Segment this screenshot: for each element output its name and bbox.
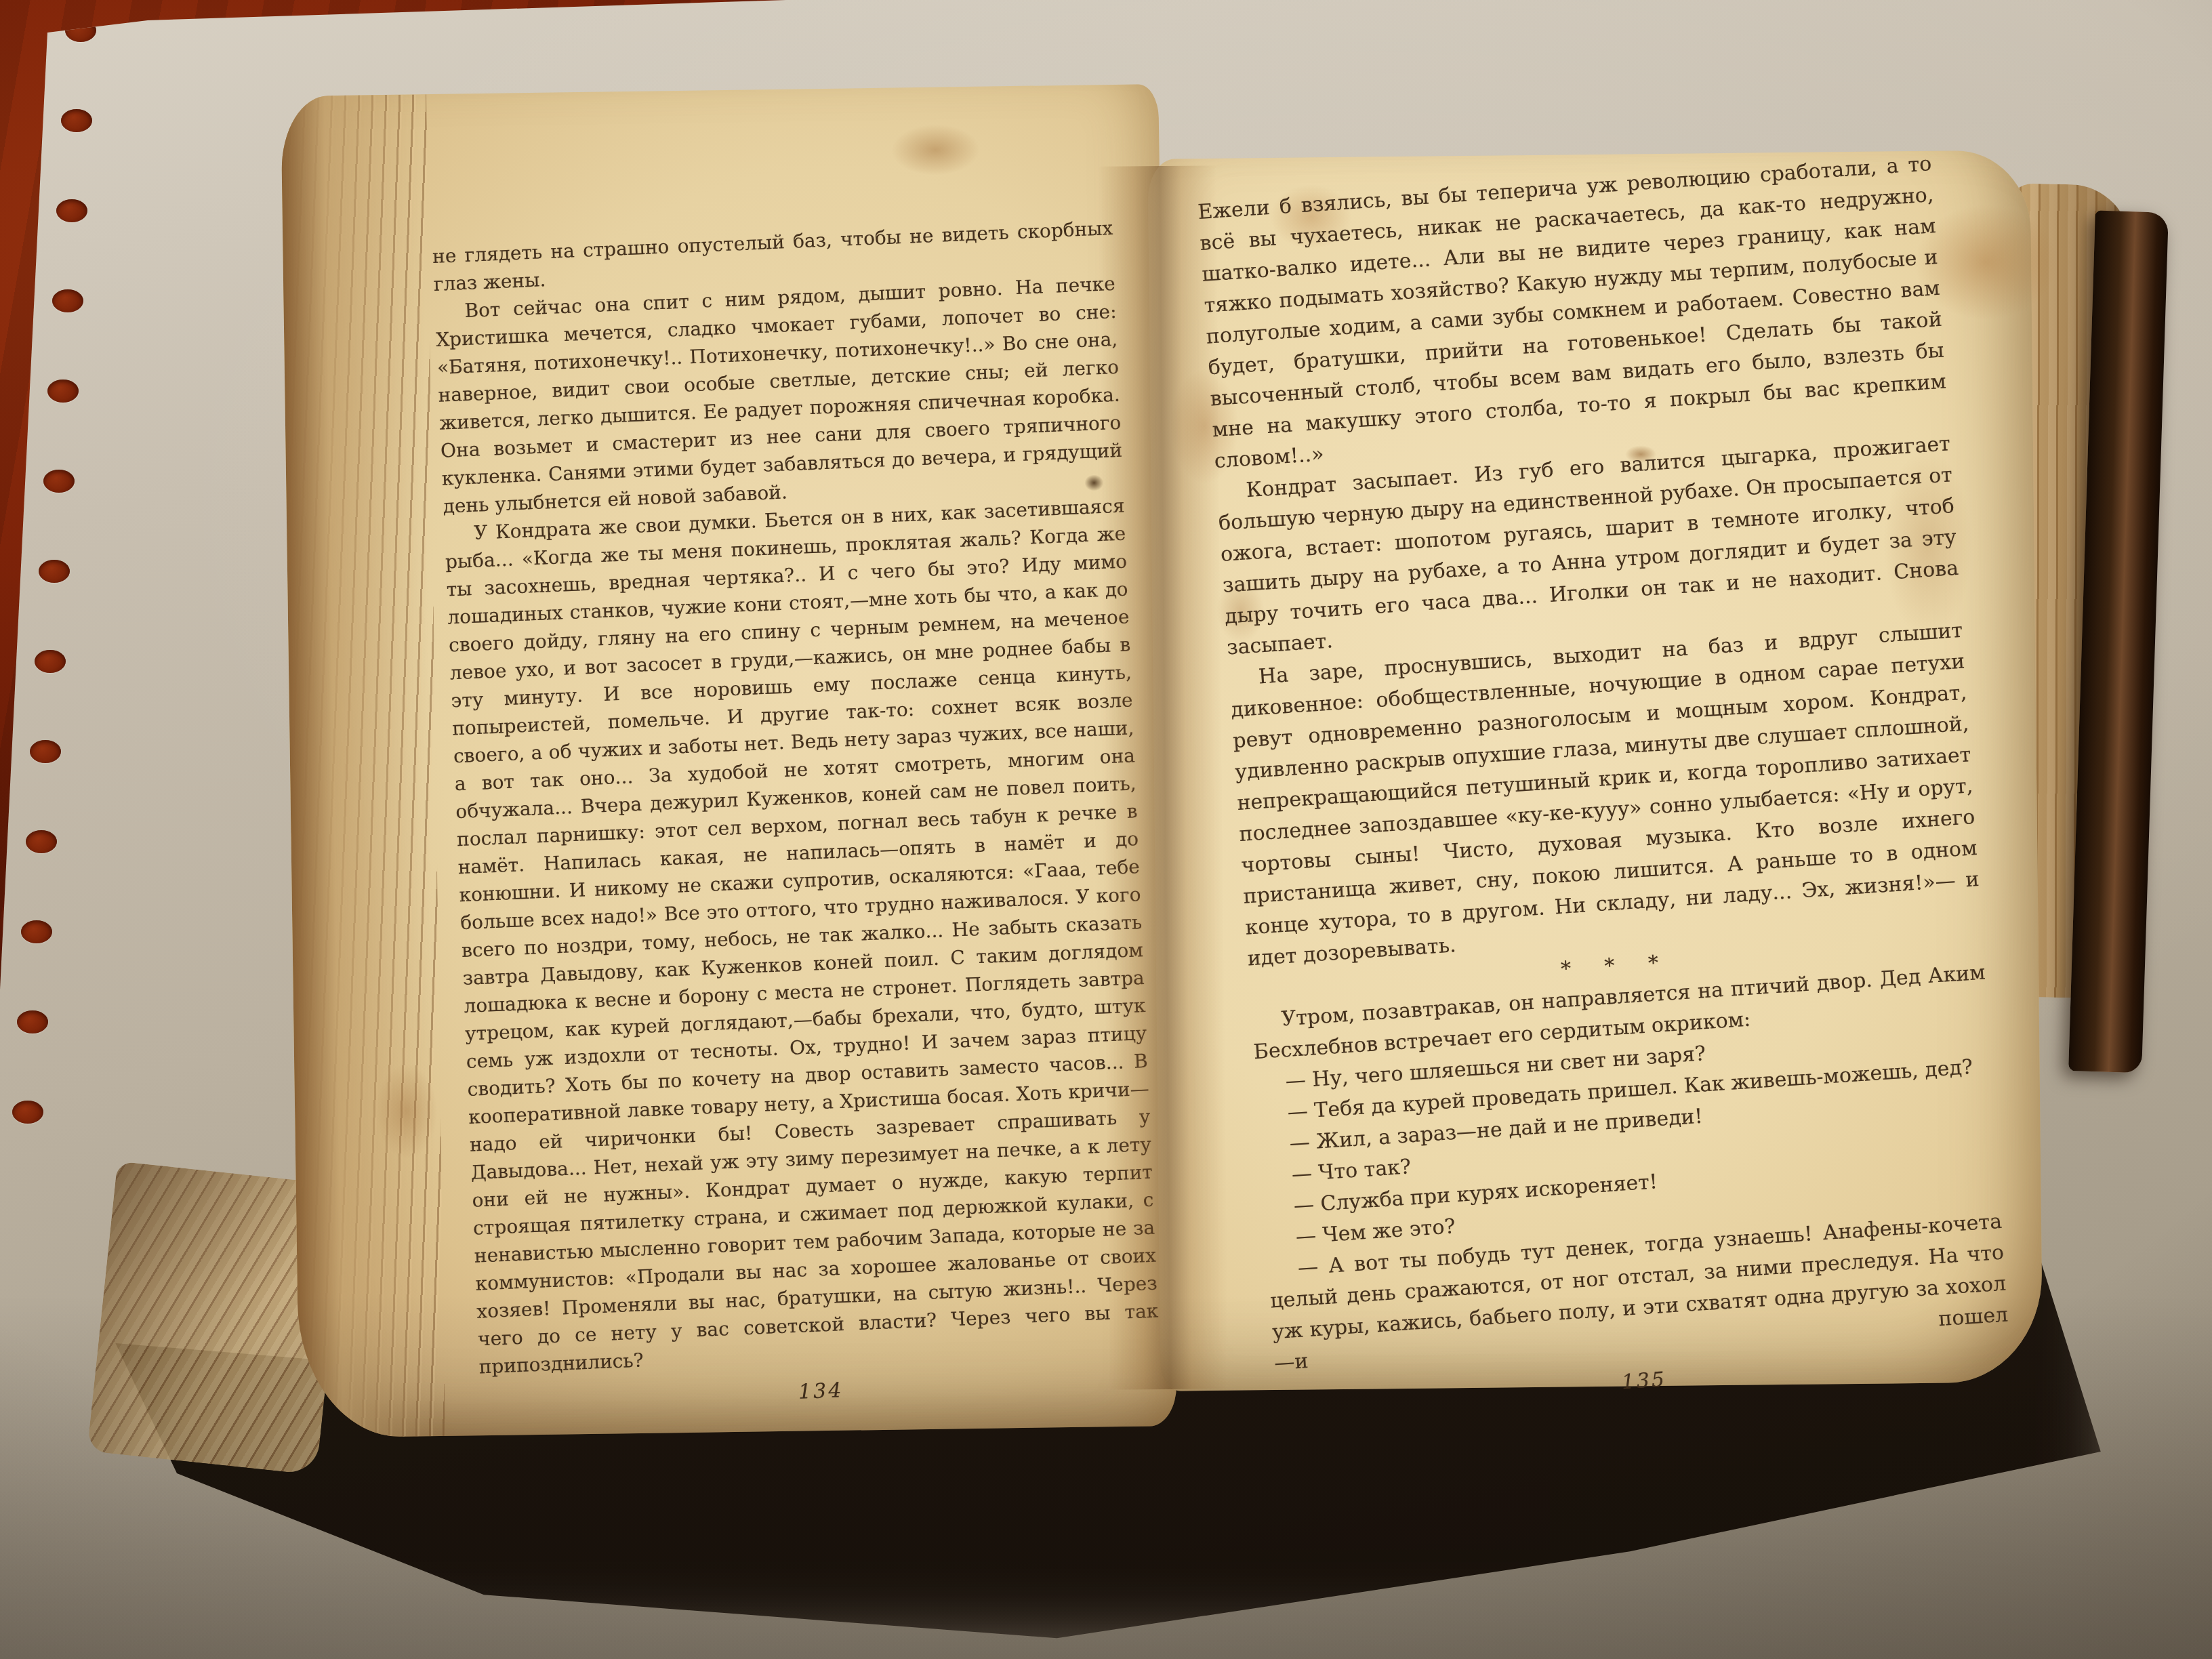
stain	[891, 124, 980, 176]
right-page-text: Ежели б взялись, вы бы теперича уж револ…	[1197, 148, 2012, 1421]
punched-hole	[47, 380, 79, 403]
paragraph: У Кондрата же свои думки. Бьется он в ни…	[443, 492, 1160, 1381]
punched-hole	[52, 289, 83, 312]
page-edges-left	[281, 94, 445, 1438]
left-page-text: не глядеть на страшно опустелый баз, что…	[432, 214, 1162, 1420]
punched-hole	[30, 740, 61, 763]
punched-hole	[12, 1101, 43, 1124]
left-page: не глядеть на страшно опустелый баз, что…	[281, 84, 1177, 1438]
right-page: Ежели б взялись, вы бы теперича уж револ…	[1148, 150, 2043, 1391]
punched-hole	[21, 920, 52, 943]
paragraph: Ежели б взялись, вы бы теперича уж револ…	[1197, 148, 1949, 477]
paragraph: На заре, проснувшись, выходит на баз и в…	[1228, 615, 1982, 975]
punched-hole	[17, 1010, 48, 1033]
gutter-shadow	[1098, 165, 1227, 1389]
photo-scene: не глядеть на страшно опустелый баз, что…	[0, 0, 2212, 1659]
punched-hole	[43, 470, 75, 493]
paragraph: Вот сейчас она спит с ним рядом, дышит р…	[434, 270, 1124, 520]
punched-hole	[61, 109, 92, 132]
punched-hole	[56, 199, 87, 222]
punched-hole	[39, 560, 70, 583]
punched-hole	[26, 830, 57, 853]
punched-hole	[35, 650, 66, 673]
